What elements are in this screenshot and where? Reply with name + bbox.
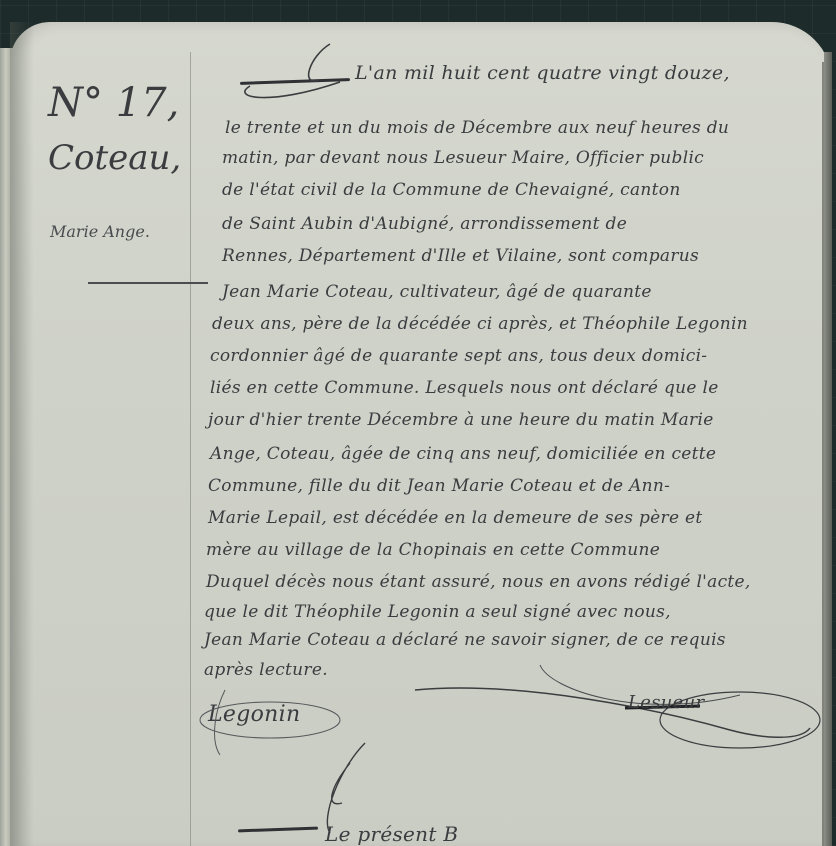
body-line-3: matin, par devant nous Lesueur Maire, Of…	[222, 148, 704, 168]
body-line-10: liés en cette Commune. Lesquels nous ont…	[210, 378, 719, 398]
next-entry-partial-text: Le présent B	[325, 822, 458, 846]
page-right-edge	[824, 52, 832, 846]
body-line-18: Jean Marie Coteau a déclaré ne savoir si…	[204, 630, 726, 650]
deceased-given-name: Marie Ange.	[50, 222, 150, 241]
margin-rule	[190, 52, 191, 846]
body-line-19: après lecture.	[204, 660, 328, 680]
body-line-12: Ange, Coteau, âgée de cinq ans neuf, dom…	[210, 444, 716, 464]
margin-annotation: N° 17, Coteau, Marie Ange.	[40, 80, 190, 310]
margin-underline	[88, 282, 208, 284]
body-line-8: deux ans, père de la décédée ci après, e…	[212, 314, 748, 334]
body-line-16: Duquel décès nous étant assuré, nous en …	[206, 572, 751, 592]
body-line-1: L'an mil huit cent quatre vingt douze,	[355, 62, 730, 84]
body-line-14: Marie Lepail, est décédée en la demeure …	[208, 508, 703, 528]
body-line-9: cordonnier âgé de quarante sept ans, tou…	[210, 346, 707, 366]
body-line-15: mère au village de la Chopinais en cette…	[206, 540, 660, 560]
body-line-6: Rennes, Département d'Ille et Vilaine, s…	[222, 246, 699, 266]
body-line-13: Commune, fille du dit Jean Marie Coteau …	[208, 476, 670, 496]
opening-flourish-icon	[230, 36, 370, 106]
body-line-11: jour d'hier trente Décembre à une heure …	[208, 410, 714, 430]
body-line-4: de l'état civil de la Commune de Chevaig…	[222, 180, 681, 200]
body-line-2: le trente et un du mois de Décembre aux …	[225, 118, 729, 138]
entry-number: N° 17,	[48, 80, 179, 126]
mayor-signature: Lesueur	[628, 692, 704, 713]
mayor-signature-paraph-icon	[400, 650, 820, 760]
deceased-surname: Coteau,	[48, 138, 181, 178]
body-line-5: de Saint Aubin d'Aubigné, arrondissement…	[222, 214, 627, 234]
body-line-7: Jean Marie Coteau, cultivateur, âgé de q…	[222, 282, 652, 302]
body-line-17: que le dit Théophile Legonin a seul sign…	[204, 602, 671, 622]
